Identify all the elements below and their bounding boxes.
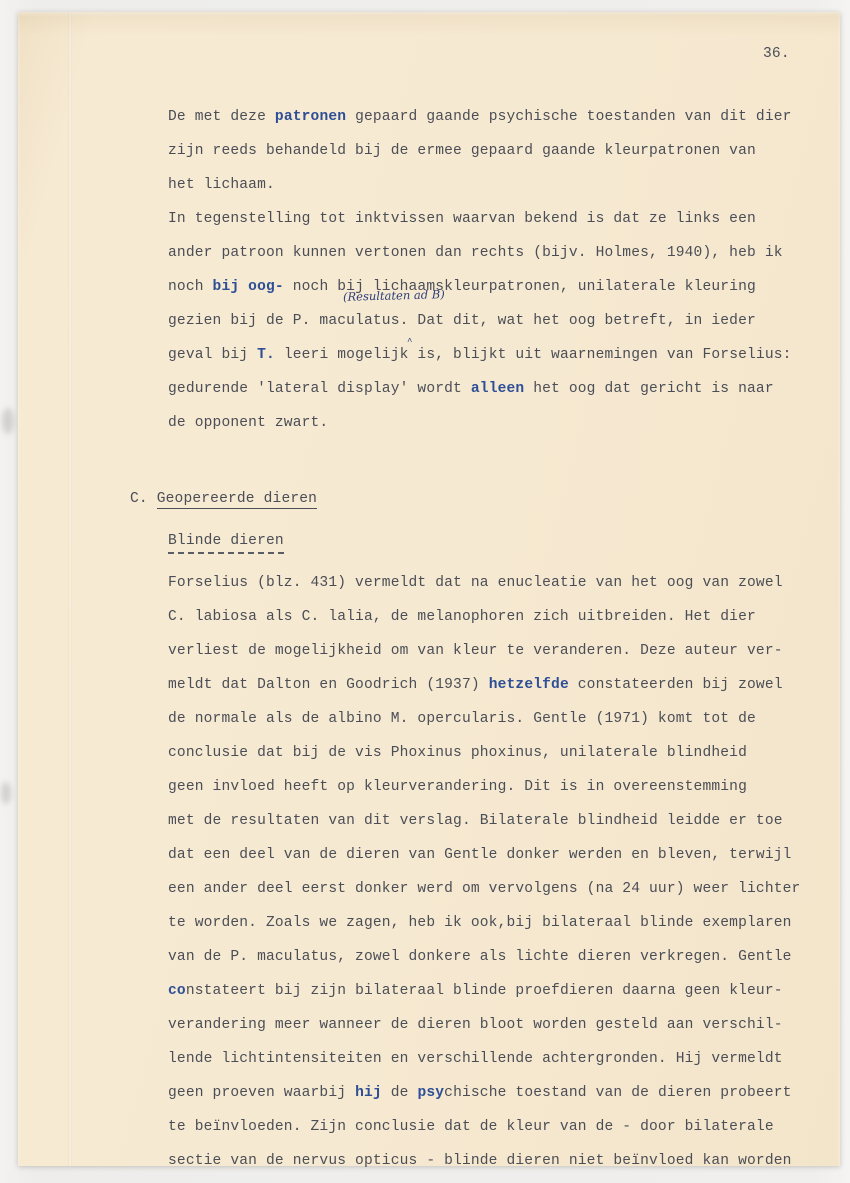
- text-line: verliest de mogelijkheid om van kleur te…: [168, 634, 828, 668]
- text-line: De met deze patronen gepaard gaande psyc…: [168, 100, 828, 134]
- text-line: ander patroon kunnen vertonen dan rechts…: [168, 236, 828, 270]
- text-line: C. labiosa als C. lalia, de melanophoren…: [168, 600, 828, 634]
- subheading-label: Blinde dieren: [168, 533, 284, 554]
- text-line: In tegenstelling tot inktvissen waarvan …: [168, 202, 828, 236]
- page-number: 36.: [763, 46, 790, 62]
- overtyped-text: T.: [257, 347, 275, 363]
- text-line: conclusie dat bij de vis Phoxinus phoxin…: [168, 736, 828, 770]
- text-line: sectie van de nervus opticus - blinde di…: [168, 1144, 828, 1178]
- text-line: de normale als de albino M. opercularis.…: [168, 702, 828, 736]
- overtyped-text: hetzelfde: [489, 677, 569, 693]
- heading-label: Geopereerde dieren: [157, 491, 317, 509]
- text-line: geen invloed heeft op kleurverandering. …: [168, 770, 828, 804]
- scan-smudge: [2, 408, 14, 434]
- scan-background: { "page_number": "36.", "annotation": { …: [0, 0, 850, 1183]
- text-line: gezien bij de P. maculatus. Dat dit, wat…: [168, 304, 828, 338]
- overtyped-text: psy: [417, 1085, 444, 1101]
- text-line: geval bij T. leeri mogelijk is, blijkt u…: [168, 338, 828, 372]
- text-line: lende lichtintensiteiten en verschillend…: [168, 1042, 828, 1076]
- heading-line: C. Geopereerde dieren: [130, 482, 828, 516]
- text-line: Forselius (blz. 431) vermeldt dat na enu…: [168, 566, 828, 600]
- text-line: van de P. maculatus, zowel donkere als l…: [168, 940, 828, 974]
- text-line: gedurende 'lateral display' wordt alleen…: [168, 372, 828, 406]
- text-block: De met deze patronen gepaard gaande psyc…: [168, 100, 828, 1178]
- text-line: de opponent zwart.: [168, 406, 828, 440]
- text-line: meldt dat Dalton en Goodrich (1937) hetz…: [168, 668, 828, 702]
- text-line: zijn reeds behandeld bij de ermee gepaar…: [168, 134, 828, 168]
- text-line: een ander deel eerst donker werd om verv…: [168, 872, 828, 906]
- subheading-line: Blinde dieren: [168, 524, 828, 558]
- text-line: dat een deel van de dieren van Gentle do…: [168, 838, 828, 872]
- scan-smudge: [1, 782, 11, 804]
- text-line: te beïnvloeden. Zijn conclusie dat de kl…: [168, 1110, 828, 1144]
- overtyped-text: alleen: [471, 381, 524, 397]
- text-line: noch bij oog- noch bij lichaamskleurpatr…: [168, 270, 828, 304]
- paper-page: 36. De met deze patronen gepaard gaande …: [18, 12, 840, 1166]
- text-line: geen proeven waarbij hij de psychische t…: [168, 1076, 828, 1110]
- overtyped-text: bij oog-: [213, 279, 284, 295]
- text-line: verandering meer wanneer de dieren bloot…: [168, 1008, 828, 1042]
- overtyped-text: hij: [355, 1085, 382, 1101]
- overtyped-text: co: [168, 983, 186, 999]
- text-line: met de resultaten van dit verslag. Bilat…: [168, 804, 828, 838]
- heading-prefix: C.: [130, 491, 157, 507]
- overtyped-text: patronen: [275, 109, 346, 125]
- text-line: constateert bij zijn bilateraal blinde p…: [168, 974, 828, 1008]
- text-line: het lichaam.: [168, 168, 828, 202]
- text-line: te worden. Zoals we zagen, heb ik ook,bi…: [168, 906, 828, 940]
